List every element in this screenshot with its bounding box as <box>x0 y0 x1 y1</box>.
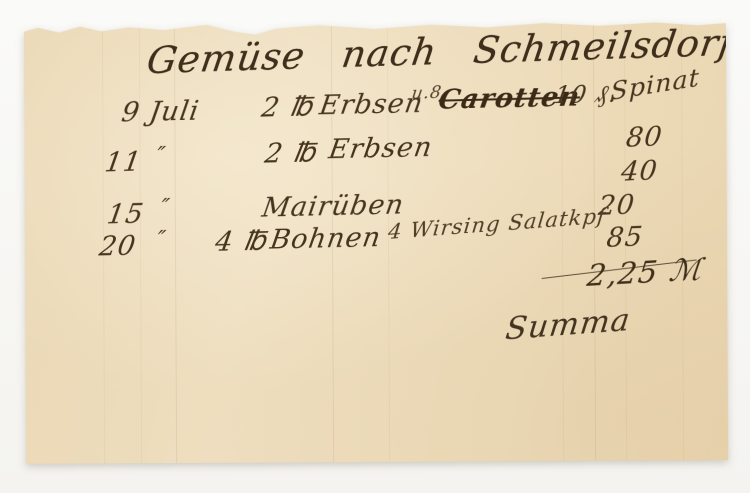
photo-background: Gemüse nach Schmeilsdorf 9 Juli 2 ℔ Erbs… <box>0 0 750 493</box>
entry-3-item: Mairüben <box>260 189 406 223</box>
entry-1-amount: 80 <box>625 121 665 153</box>
entry-4-date: 20 <box>97 231 138 263</box>
entry-4-quantity: 4 ℔ <box>213 226 269 258</box>
entry-2-amount: 40 <box>620 155 660 187</box>
paper-texture-lines <box>24 20 726 24</box>
entry-1-date: 9 Juli <box>119 96 201 129</box>
entry-1-quantity: 2 ℔ <box>259 91 315 123</box>
entry-2-date: 11 <box>103 147 144 179</box>
entry-2-item: Erbsen <box>327 132 435 165</box>
entry-2-ditto-mark: ″ <box>155 143 168 168</box>
receipt-paper-wrapper: Gemüse nach Schmeilsdorf 9 Juli 2 ℔ Erbs… <box>24 20 728 464</box>
signature: Summa <box>504 302 633 347</box>
entry-4-extra-item: 4 Wirsing Salatkpf <box>387 204 607 244</box>
entry-3-date: 15 <box>105 199 146 231</box>
entry-1-item: Erbsen <box>317 88 425 121</box>
entry-4-ditto-mark: ″ <box>155 227 168 252</box>
entry-2-quantity: 2 ℔ <box>263 137 319 169</box>
entry-4-amount: 85 <box>605 221 645 253</box>
receipt-paper: Gemüse nach Schmeilsdorf 9 Juli 2 ℔ Erbs… <box>24 20 728 464</box>
entry-3-ditto-mark: ″ <box>159 195 172 220</box>
total-amount: 2,25 ℳ <box>585 252 704 294</box>
entry-4-item: Bohnen <box>268 222 383 256</box>
